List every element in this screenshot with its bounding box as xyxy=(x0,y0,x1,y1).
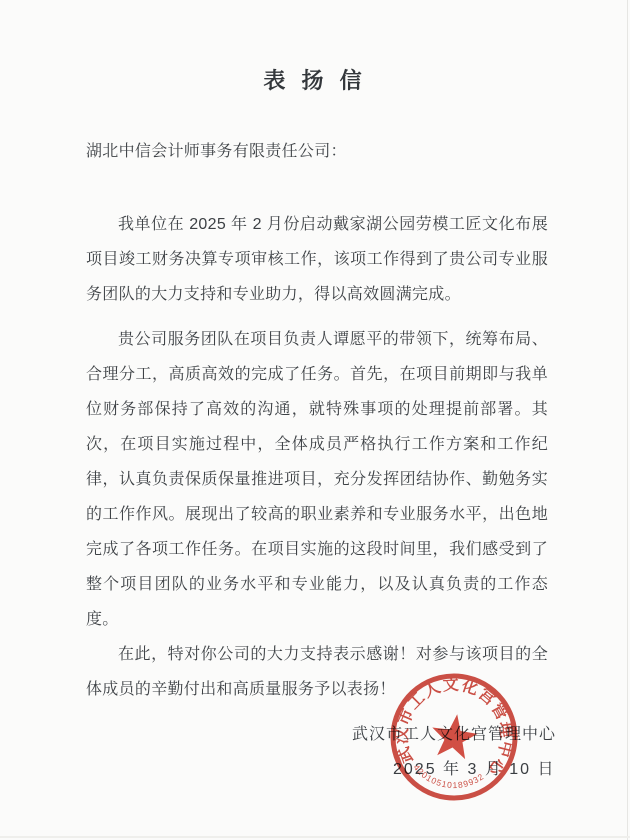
official-red-seal: 武汉市工人文化宫管理中心 42010510189932 xyxy=(369,652,538,821)
letter-body: 湖北中信会计师事务有限责任公司： 我单位在 2025 年 2 月份启动戴家湖公园… xyxy=(86,134,548,707)
paragraph-1: 我单位在 2025 年 2 月份启动戴家湖公园劳模工匠文化布展项目竣工财务决算专… xyxy=(86,207,548,312)
scan-edge-right xyxy=(627,0,628,840)
seal-star-icon xyxy=(429,711,480,760)
scan-edge-bottom xyxy=(0,836,630,838)
salutation-line: 湖北中信会计师事务有限责任公司： xyxy=(86,134,548,169)
commendation-letter-page: 表 扬 信 湖北中信会计师事务有限责任公司： 我单位在 2025 年 2 月份启… xyxy=(0,0,630,840)
paragraph-2: 贵公司服务团队在项目负责人谭愿平的带领下，统筹布局、合理分工，高质高效的完成了任… xyxy=(86,322,548,637)
letter-title: 表 扬 信 xyxy=(0,64,630,95)
